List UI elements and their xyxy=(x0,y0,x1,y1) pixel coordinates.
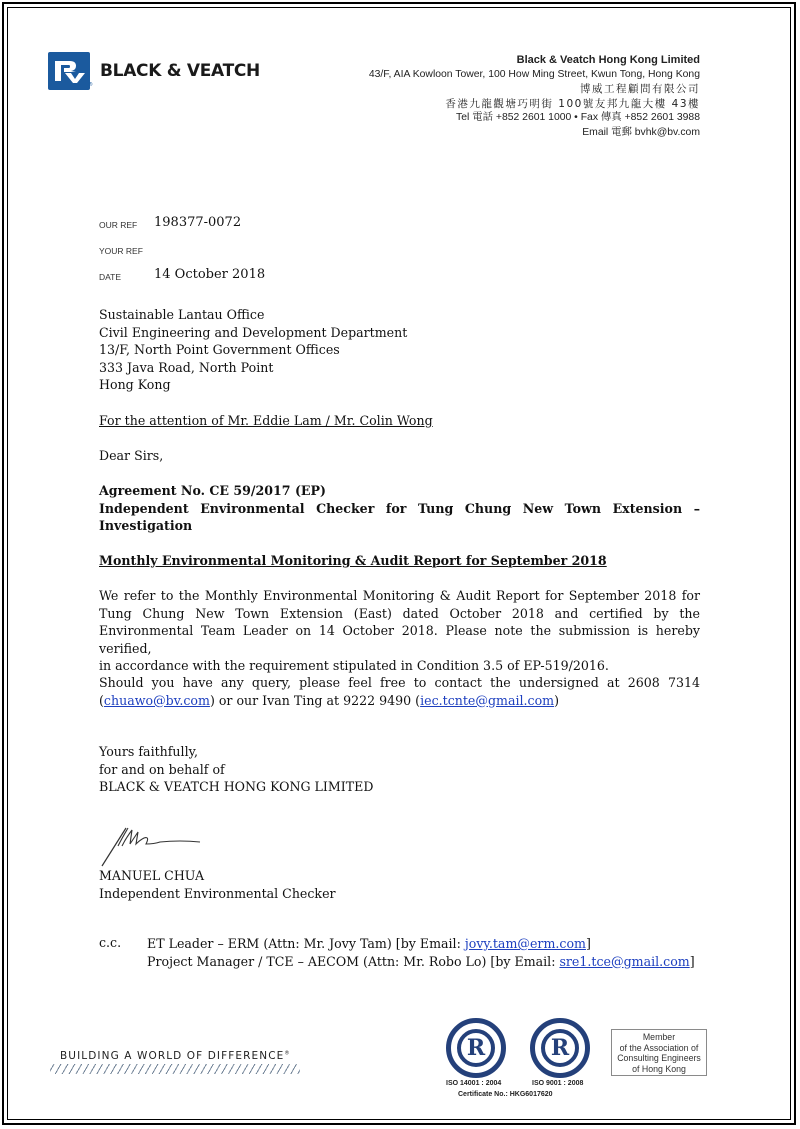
paragraph-line: in accordance with the requirement stipu… xyxy=(99,657,700,675)
signature-icon xyxy=(100,820,210,872)
email-link-sre1[interactable]: sre1.tce@gmail.com xyxy=(559,954,689,969)
company-logo: BLACK & VEATCH xyxy=(48,52,260,90)
tel-fax: Tel 電話 +852 2601 1000 • Fax 傳真 +852 2601… xyxy=(369,111,700,126)
company-name-zh: 博威工程顧問有限公司 xyxy=(369,82,700,97)
paren: ) xyxy=(554,693,559,708)
paragraph-line: (chuawo@bv.com) or our Ivan Ting at 9222… xyxy=(99,692,700,710)
salutation: Dear Sirs, xyxy=(99,447,700,465)
closing-line: Yours faithfully, xyxy=(99,743,700,761)
our-ref-label: OUR REF xyxy=(99,220,137,230)
paragraph-line: Tung Chung New Town Extension (East) dat… xyxy=(99,605,700,623)
recipient-line: 333 Java Road, North Point xyxy=(99,359,700,377)
bracket: ] xyxy=(690,954,695,969)
signatory-name: MANUEL CHUA xyxy=(99,867,700,885)
closing-line: BLACK & VEATCH HONG KONG LIMITED xyxy=(99,778,700,796)
address-en: 43/F, AIA Kowloon Tower, 100 How Ming St… xyxy=(369,68,700,83)
cc-text: Project Manager / TCE – AECOM (Attn: Mr.… xyxy=(147,954,559,969)
letterhead-email: Email 電郵 bvhk@bv.com xyxy=(369,126,700,141)
tagline-text: BUILDING A WORLD OF DIFFERENCE xyxy=(60,1050,284,1062)
email-link-iec[interactable]: iec.tcnte@gmail.com xyxy=(420,693,554,708)
cc-item: ET Leader – ERM (Attn: Mr. Jovy Tam) [by… xyxy=(147,935,695,953)
acehk-member-badge: Member of the Association of Consulting … xyxy=(611,1029,707,1076)
tagline-mark: ® xyxy=(284,1051,290,1057)
logo-registered-mark: ® xyxy=(88,82,93,88)
email-link-chuawo[interactable]: chuawo@bv.com xyxy=(104,693,210,708)
paragraph-line: We refer to the Monthly Environmental Mo… xyxy=(99,587,700,605)
attention-line: For the attention of Mr. Eddie Lam / Mr.… xyxy=(99,412,700,430)
your-ref-label: YOUR REF xyxy=(99,246,143,256)
paragraph-contact: Should you have any query, please feel f… xyxy=(99,674,700,709)
subject-title-line1: Independent Environmental Checker for Tu… xyxy=(99,500,700,518)
our-ref-value: 198377-0072 xyxy=(154,215,241,230)
recipient-line: Sustainable Lantau Office xyxy=(99,306,700,324)
address-zh: 香港九龍觀塘巧明街 100號友邦九龍大樓 43樓 xyxy=(369,97,700,112)
seal-letter: R xyxy=(451,1035,501,1061)
iso-9001-seal-icon: R xyxy=(530,1018,590,1078)
paragraph-verification: We refer to the Monthly Environmental Mo… xyxy=(99,587,700,675)
report-title: Monthly Environmental Monitoring & Audit… xyxy=(99,552,700,570)
contact-text: ) or our Ivan Ting at 9222 9490 ( xyxy=(210,693,420,708)
date-value: 14 October 2018 xyxy=(154,267,265,282)
subject-title-line2: Investigation xyxy=(99,517,700,535)
cc-item: Project Manager / TCE – AECOM (Attn: Mr.… xyxy=(147,953,695,971)
seal-letter: R xyxy=(535,1035,585,1061)
bv-logo-mark-icon xyxy=(48,52,90,90)
member-line: of the Association of xyxy=(612,1043,706,1054)
closing-block: Yours faithfully, for and on behalf of B… xyxy=(99,743,700,796)
cc-list: ET Leader – ERM (Attn: Mr. Jovy Tam) [by… xyxy=(147,935,695,970)
logo-wordmark: BLACK & VEATCH xyxy=(100,61,260,81)
footer-tagline: BUILDING A WORLD OF DIFFERENCE® xyxy=(60,1050,290,1062)
member-line: Consulting Engineers xyxy=(612,1053,706,1064)
recipient-line: 13/F, North Point Government Offices xyxy=(99,341,700,359)
cc-label: c.c. xyxy=(99,935,121,950)
email-link-jovy[interactable]: jovy.tam@erm.com xyxy=(465,936,586,951)
recipient-line: Hong Kong xyxy=(99,376,700,394)
recipient-line: Civil Engineering and Development Depart… xyxy=(99,324,700,342)
member-line: Member xyxy=(612,1032,706,1043)
certificate-number: Certificate No.: HKG6017620 xyxy=(458,1091,553,1098)
closing-line: for and on behalf of xyxy=(99,761,700,779)
date-label: DATE xyxy=(99,272,121,282)
bracket: ] xyxy=(586,936,591,951)
iso-14001-caption: ISO 14001 : 2004 xyxy=(446,1080,501,1087)
recipient-address: Sustainable Lantau Office Civil Engineer… xyxy=(99,306,700,394)
paragraph-line: Should you have any query, please feel f… xyxy=(99,674,700,692)
member-line: of Hong Kong xyxy=(612,1064,706,1075)
iso-14001-seal-icon: R xyxy=(446,1018,506,1078)
subject-block: Agreement No. CE 59/2017 (EP) Independen… xyxy=(99,482,700,535)
iso-9001-caption: ISO 9001 : 2008 xyxy=(532,1080,583,1087)
hatch-decoration xyxy=(50,1064,300,1074)
signatory-role: Independent Environmental Checker xyxy=(99,885,700,903)
letterhead-address: Black & Veatch Hong Kong Limited 43/F, A… xyxy=(369,53,700,141)
signatory-block: MANUEL CHUA Independent Environmental Ch… xyxy=(99,867,700,902)
company-name: Black & Veatch Hong Kong Limited xyxy=(369,53,700,68)
agreement-number: Agreement No. CE 59/2017 (EP) xyxy=(99,482,700,500)
cc-text: ET Leader – ERM (Attn: Mr. Jovy Tam) [by… xyxy=(147,936,465,951)
paragraph-line: Environmental Team Leader on 14 October … xyxy=(99,622,700,657)
